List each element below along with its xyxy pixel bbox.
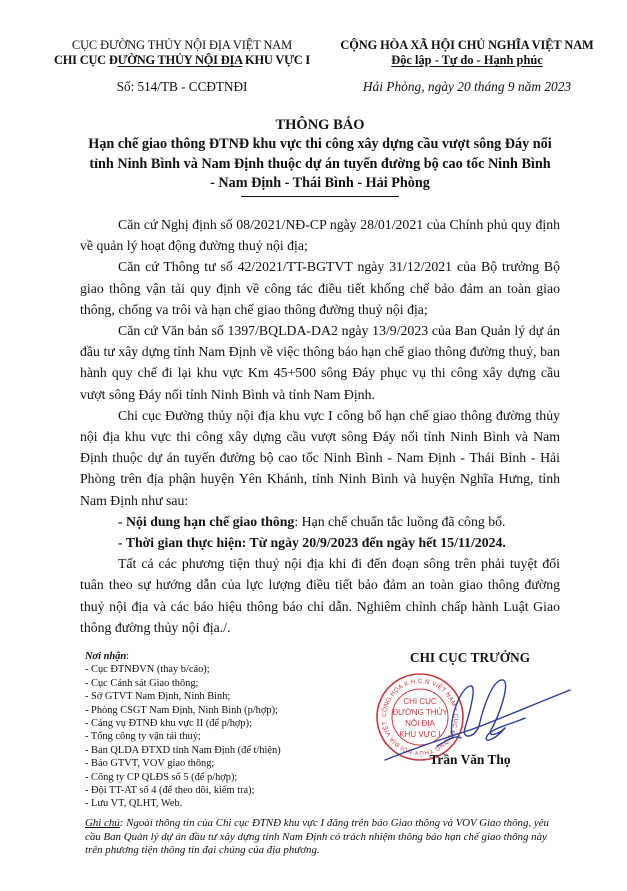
document-title-block: THÔNG BÁO Hạn chế giao thông ĐTNĐ khu vự…	[60, 116, 580, 197]
recipients-list: Nơi nhận: - Cục ĐTNĐVN (thay b/cáo); - C…	[85, 650, 355, 811]
recipient-item: - Ban QLDA ĐTXD tỉnh Nam Định (để t/hiện…	[85, 744, 355, 757]
footnote: Ghi chú: Ngoài thông tin của Chi cục ĐTN…	[85, 817, 565, 858]
national-header: CỘNG HÒA XÃ HỘI CHỦ NGHĨA VIỆT NAM Độc l…	[326, 38, 608, 94]
recipient-item: - Phòng CSGT Nam Định, Ninh Bình (p/hợp)…	[85, 704, 355, 717]
legal-basis-paragraph: Căn cứ Văn bản số 1397/BQLDA-DA2 ngày 13…	[80, 320, 560, 405]
closing-paragraph: Tất cả các phương tiện thuỷ nội địa khi …	[80, 553, 560, 638]
national-title: CỘNG HÒA XÃ HỘI CHỦ NGHĨA VIỆT NAM	[326, 38, 608, 53]
place-date: Hải Phòng, ngày 20 tháng 9 năm 2023	[326, 79, 608, 94]
parent-agency: CỤC ĐƯỜNG THỦY NỘI ĐỊA VIỆT NAM	[52, 38, 312, 53]
document-page: CỤC ĐƯỜNG THỦY NỘI ĐỊA VIỆT NAM CHI CỤC …	[0, 0, 627, 891]
document-body: Căn cứ Nghị định số 08/2021/NĐ-CP ngày 2…	[80, 214, 560, 638]
document-title: THÔNG BÁO	[60, 116, 580, 134]
signer-name: Trần Văn Thọ	[370, 752, 570, 768]
document-number: Số: 514/TB - CCĐTNĐI	[52, 79, 312, 94]
restriction-period: - Thời gian thực hiện: Từ ngày 20/9/2023…	[80, 532, 560, 553]
document-subtitle: Hạn chế giao thông ĐTNĐ khu vực thi công…	[60, 135, 580, 194]
title-underline	[241, 196, 399, 197]
announcement-paragraph: Chi cục Đường thủy nội địa khu vực I côn…	[80, 405, 560, 511]
recipients-label: Nơi nhận	[85, 651, 126, 662]
recipient-item: - Công ty CP QLĐS số 5 (để p/hợp);	[85, 771, 355, 784]
recipient-item: - Báo GTVT, VOV giao thông;	[85, 757, 355, 770]
issuing-agency: CHI CỤC ĐƯỜNG THỦY NỘI ĐỊA KHU VỰC I	[52, 53, 312, 68]
recipient-item: - Cục ĐTNĐVN (thay b/cáo);	[85, 663, 355, 676]
national-motto: Độc lập - Tự do - Hạnh phúc	[391, 53, 542, 67]
signature-block: CHI CỤC TRƯỞNG CỘNG HÒA X.H.C.N VIỆT NAM…	[370, 650, 570, 666]
restriction-content: - Nội dung hạn chế giao thông: Hạn chế c…	[80, 511, 560, 532]
recipient-item: - Đội TT-AT số 4 (để theo dõi, kiểm tra)…	[85, 784, 355, 797]
recipient-item: - Tổng công ty vận tải thuỷ;	[85, 730, 355, 743]
signer-title: CHI CỤC TRƯỞNG	[370, 650, 570, 666]
recipient-item: - Cảng vụ ĐTNĐ khu vực II (để p/hợp);	[85, 717, 355, 730]
legal-basis-paragraph: Căn cứ Thông tư số 42/2021/TT-BGTVT ngày…	[80, 256, 560, 320]
legal-basis-paragraph: Căn cứ Nghị định số 08/2021/NĐ-CP ngày 2…	[80, 214, 560, 256]
recipient-item: - Cục Cảnh sát Giao thông;	[85, 677, 355, 690]
footnote-label: Ghi chú	[85, 817, 120, 829]
issuing-agency-header: CỤC ĐƯỜNG THỦY NỘI ĐỊA VIỆT NAM CHI CỤC …	[52, 38, 312, 94]
recipient-item: - Lưu VT, QLHT, Web.	[85, 797, 355, 810]
recipient-item: - Sở GTVT Nam Định, Ninh Bình;	[85, 690, 355, 703]
